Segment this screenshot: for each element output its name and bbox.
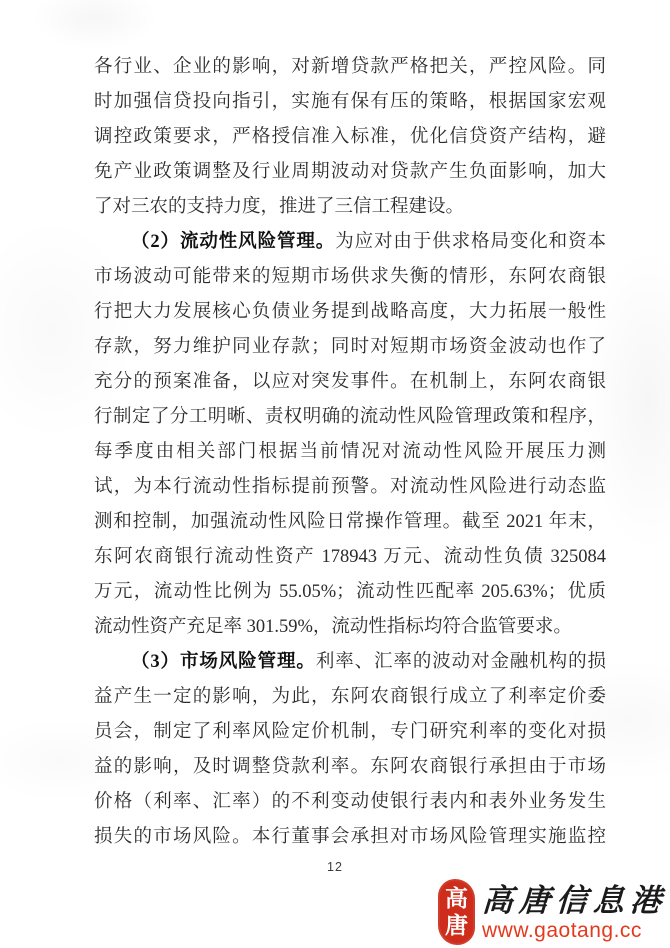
text-line: 调控政策要求，严格授信准入标准，优化信贷资产结构，避 (94, 120, 606, 155)
text-line: 流动性资产充足率 301.59%，流动性指标均符合监管要求。 (94, 610, 606, 645)
paragraph-continuation: 各行业、企业的影响，对新增贷款严格把关，严控风险。同 时加强信贷投向指引，实施有… (94, 50, 606, 225)
page-number: 12 (0, 860, 670, 874)
text-line: 益产生一定的影响，为此，东阿农商银行成立了利率定价委 (94, 680, 606, 715)
text-line: 行把大力发展核心负债业务提到战略高度，大力拓展一般性 (94, 295, 606, 330)
gaotang-seal-icon: 高 唐 (438, 879, 475, 945)
text-run: 为应对由于供求格局变化和资本 (335, 232, 606, 252)
text-line: 东阿农商银行流动性资产 178943 万元、流动性负债 325084 (94, 540, 606, 575)
text-line: 充分的预案准备，以应对突发事件。在机制上，东阿农商银 (94, 365, 606, 400)
text-line: 损失的市场风险。本行董事会承担对市场风险管理实施监控 (94, 820, 606, 855)
seal-char-bottom: 唐 (445, 912, 468, 939)
text-line: 存款，努力维护同业存款；同时对短期市场资金波动也作了 (94, 330, 606, 365)
text-line: 各行业、企业的影响，对新增贷款严格把关，严控风险。同 (94, 50, 606, 85)
text-line: 免产业政策调整及行业周期波动对贷款产生负面影响，加大 (94, 155, 606, 190)
text-line: 价格（利率、汇率）的不利变动使银行表内和表外业务发生 (94, 785, 606, 820)
text-line: （3）市场风险管理。利率、汇率的波动对金融机构的损 (94, 645, 606, 680)
text-line: 时加强信贷投向指引，实施有保有压的策略，根据国家宏观 (94, 85, 606, 120)
text-line: 益的影响，及时调整贷款利率。东阿农商银行承担由于市场 (94, 750, 606, 785)
site-logo-text: 高唐信息港 www.gaotang.cc (482, 882, 667, 942)
body-text: 各行业、企业的影响，对新增贷款严格把关，严控风险。同 时加强信贷投向指引，实施有… (94, 50, 606, 855)
site-logo: 高 唐 高唐信息港 www.gaotang.cc (438, 879, 667, 945)
text-run: 利率、汇率的波动对金融机构的损 (316, 652, 606, 672)
text-line: 试，为本行流动性指标提前预警。对流动性风险进行动态监 (94, 470, 606, 505)
document-page: 各行业、企业的影响，对新增贷款严格把关，严控风险。同 时加强信贷投向指引，实施有… (0, 0, 670, 948)
seal-char-top: 高 (445, 885, 468, 912)
text-line: 测和控制，加强流动性风险日常操作管理。截至 2021 年末， (94, 505, 606, 540)
text-line: 万元，流动性比例为 55.05%；流动性匹配率 205.63%；优质 (94, 575, 606, 610)
text-line: （2）流动性风险管理。为应对由于供求格局变化和资本 (94, 225, 606, 260)
paragraph-liquidity-risk: （2）流动性风险管理。为应对由于供求格局变化和资本 市场波动可能带来的短期市场供… (94, 225, 606, 645)
text-line: 市场波动可能带来的短期市场供求失衡的情形，东阿农商银 (94, 260, 606, 295)
text-line: 行制定了分工明晰、责权明确的流动性风险管理政策和程序， (94, 400, 606, 435)
section-heading: （3）市场风险管理。 (131, 652, 316, 672)
site-url: www.gaotang.cc (482, 920, 642, 942)
site-name: 高唐信息港 (481, 882, 668, 920)
paragraph-market-risk: （3）市场风险管理。利率、汇率的波动对金融机构的损 益产生一定的影响，为此，东阿… (94, 645, 606, 855)
section-heading: （2）流动性风险管理。 (131, 232, 335, 252)
text-line: 员会，制定了利率风险定价机制，专门研究利率的变化对损 (94, 715, 606, 750)
text-line: 了对三农的支持力度，推进了三信工程建设。 (94, 190, 606, 225)
text-line: 每季度由相关部门根据当前情况对流动性风险开展压力测 (94, 435, 606, 470)
